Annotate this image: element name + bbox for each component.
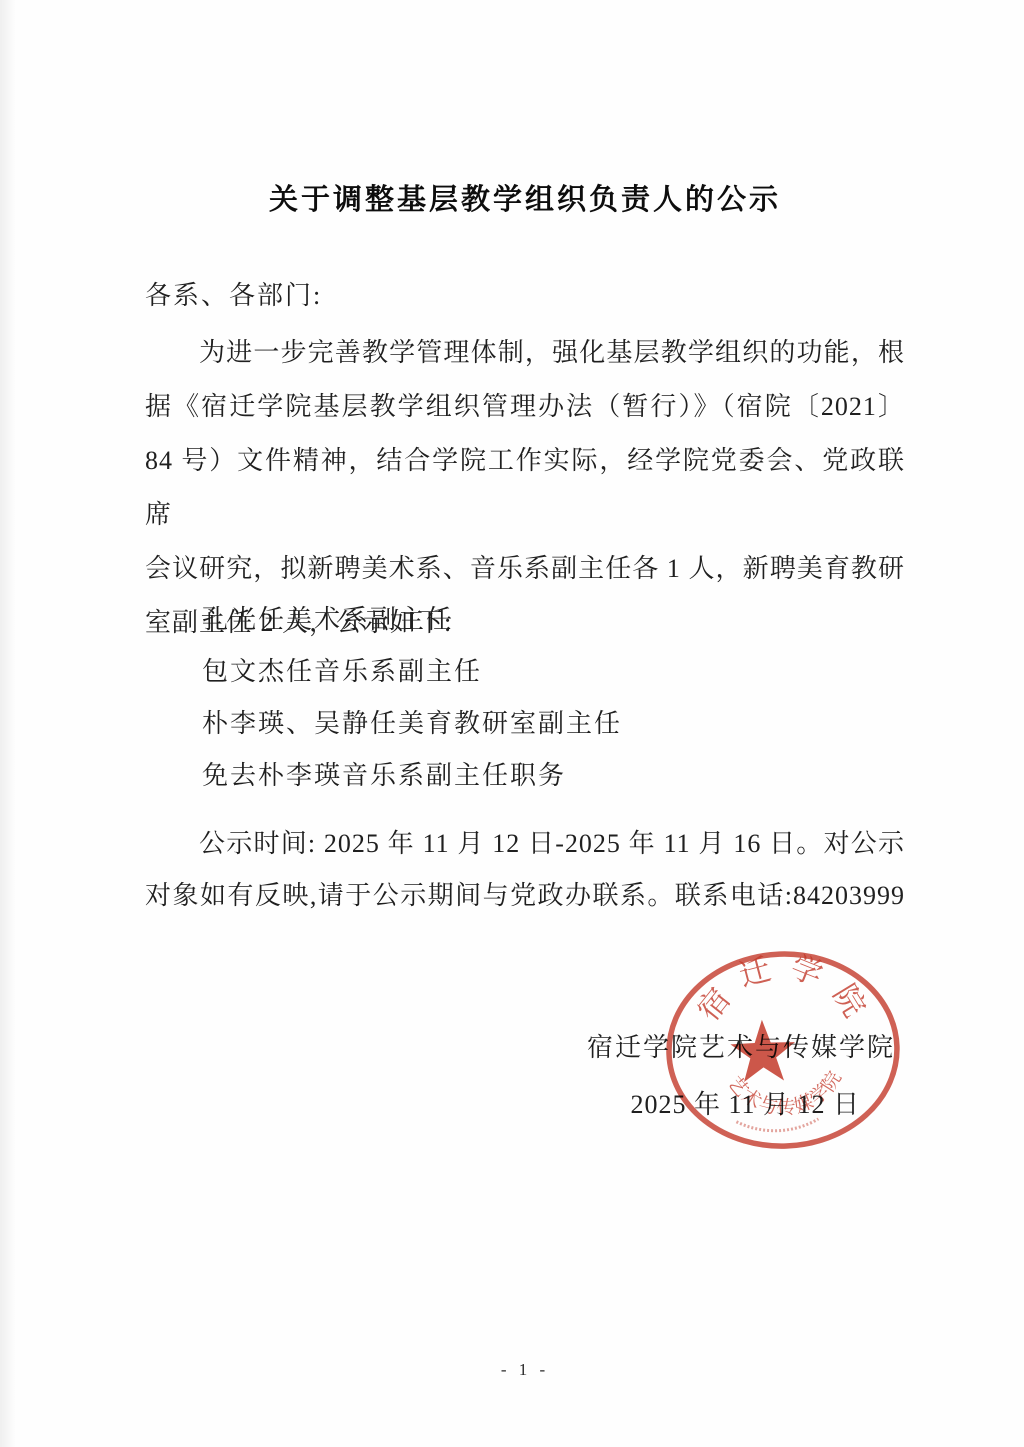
body-line: 对象如有反映,请于公示期间与党政办联系。联系电话:84203999 (145, 870, 905, 922)
appointment-item: 朴李瑛、吴静任美育教研室副主任 (145, 698, 905, 750)
star-icon (730, 1019, 797, 1083)
appointment-list: 孔光任美术系副主任 包文杰任音乐系副主任 朴李瑛、吴静任美育教研室副主任 免去朴… (145, 594, 905, 802)
appointment-item: 免去朴李瑛音乐系副主任职务 (145, 750, 905, 802)
official-seal: 宿迁学院 艺术与传媒学院 (656, 942, 913, 1161)
notice-paragraph: 公示时间: 2025 年 11 月 12 日-2025 年 11 月 16 日。… (145, 818, 905, 922)
body-line: 为进一步完善教学管理体制，强化基层教学组织的功能，根 (145, 326, 905, 380)
seal-serial-marks (736, 1119, 818, 1132)
body-line: 据《宿迁学院基层教学组织管理办法（暂行）》（宿院〔2021〕 (145, 380, 905, 434)
page-title: 关于调整基层教学组织负责人的公示 (145, 178, 905, 222)
page-number: - 1 - (145, 1356, 905, 1384)
salutation: 各系、各部门: (145, 270, 905, 322)
seal-top-text: 宿迁学院 (689, 944, 881, 1041)
body-line: 84 号）文件精神，结合学院工作实际，经学院党委会、党政联席 (145, 434, 905, 542)
body-line: 会议研究，拟新聘美术系、音乐系副主任各 1 人，新聘美育教研 (145, 542, 905, 596)
seal-bottom-text: 艺术与传媒学院 (723, 1066, 848, 1121)
document-page: 关于调整基层教学组织负责人的公示 各系、各部门: 为进一步完善教学管理体制，强化… (0, 0, 1024, 1447)
appointment-item: 包文杰任音乐系副主任 (145, 646, 905, 698)
appointment-item: 孔光任美术系副主任 (145, 594, 905, 646)
body-line: 公示时间: 2025 年 11 月 12 日-2025 年 11 月 16 日。… (145, 818, 905, 870)
